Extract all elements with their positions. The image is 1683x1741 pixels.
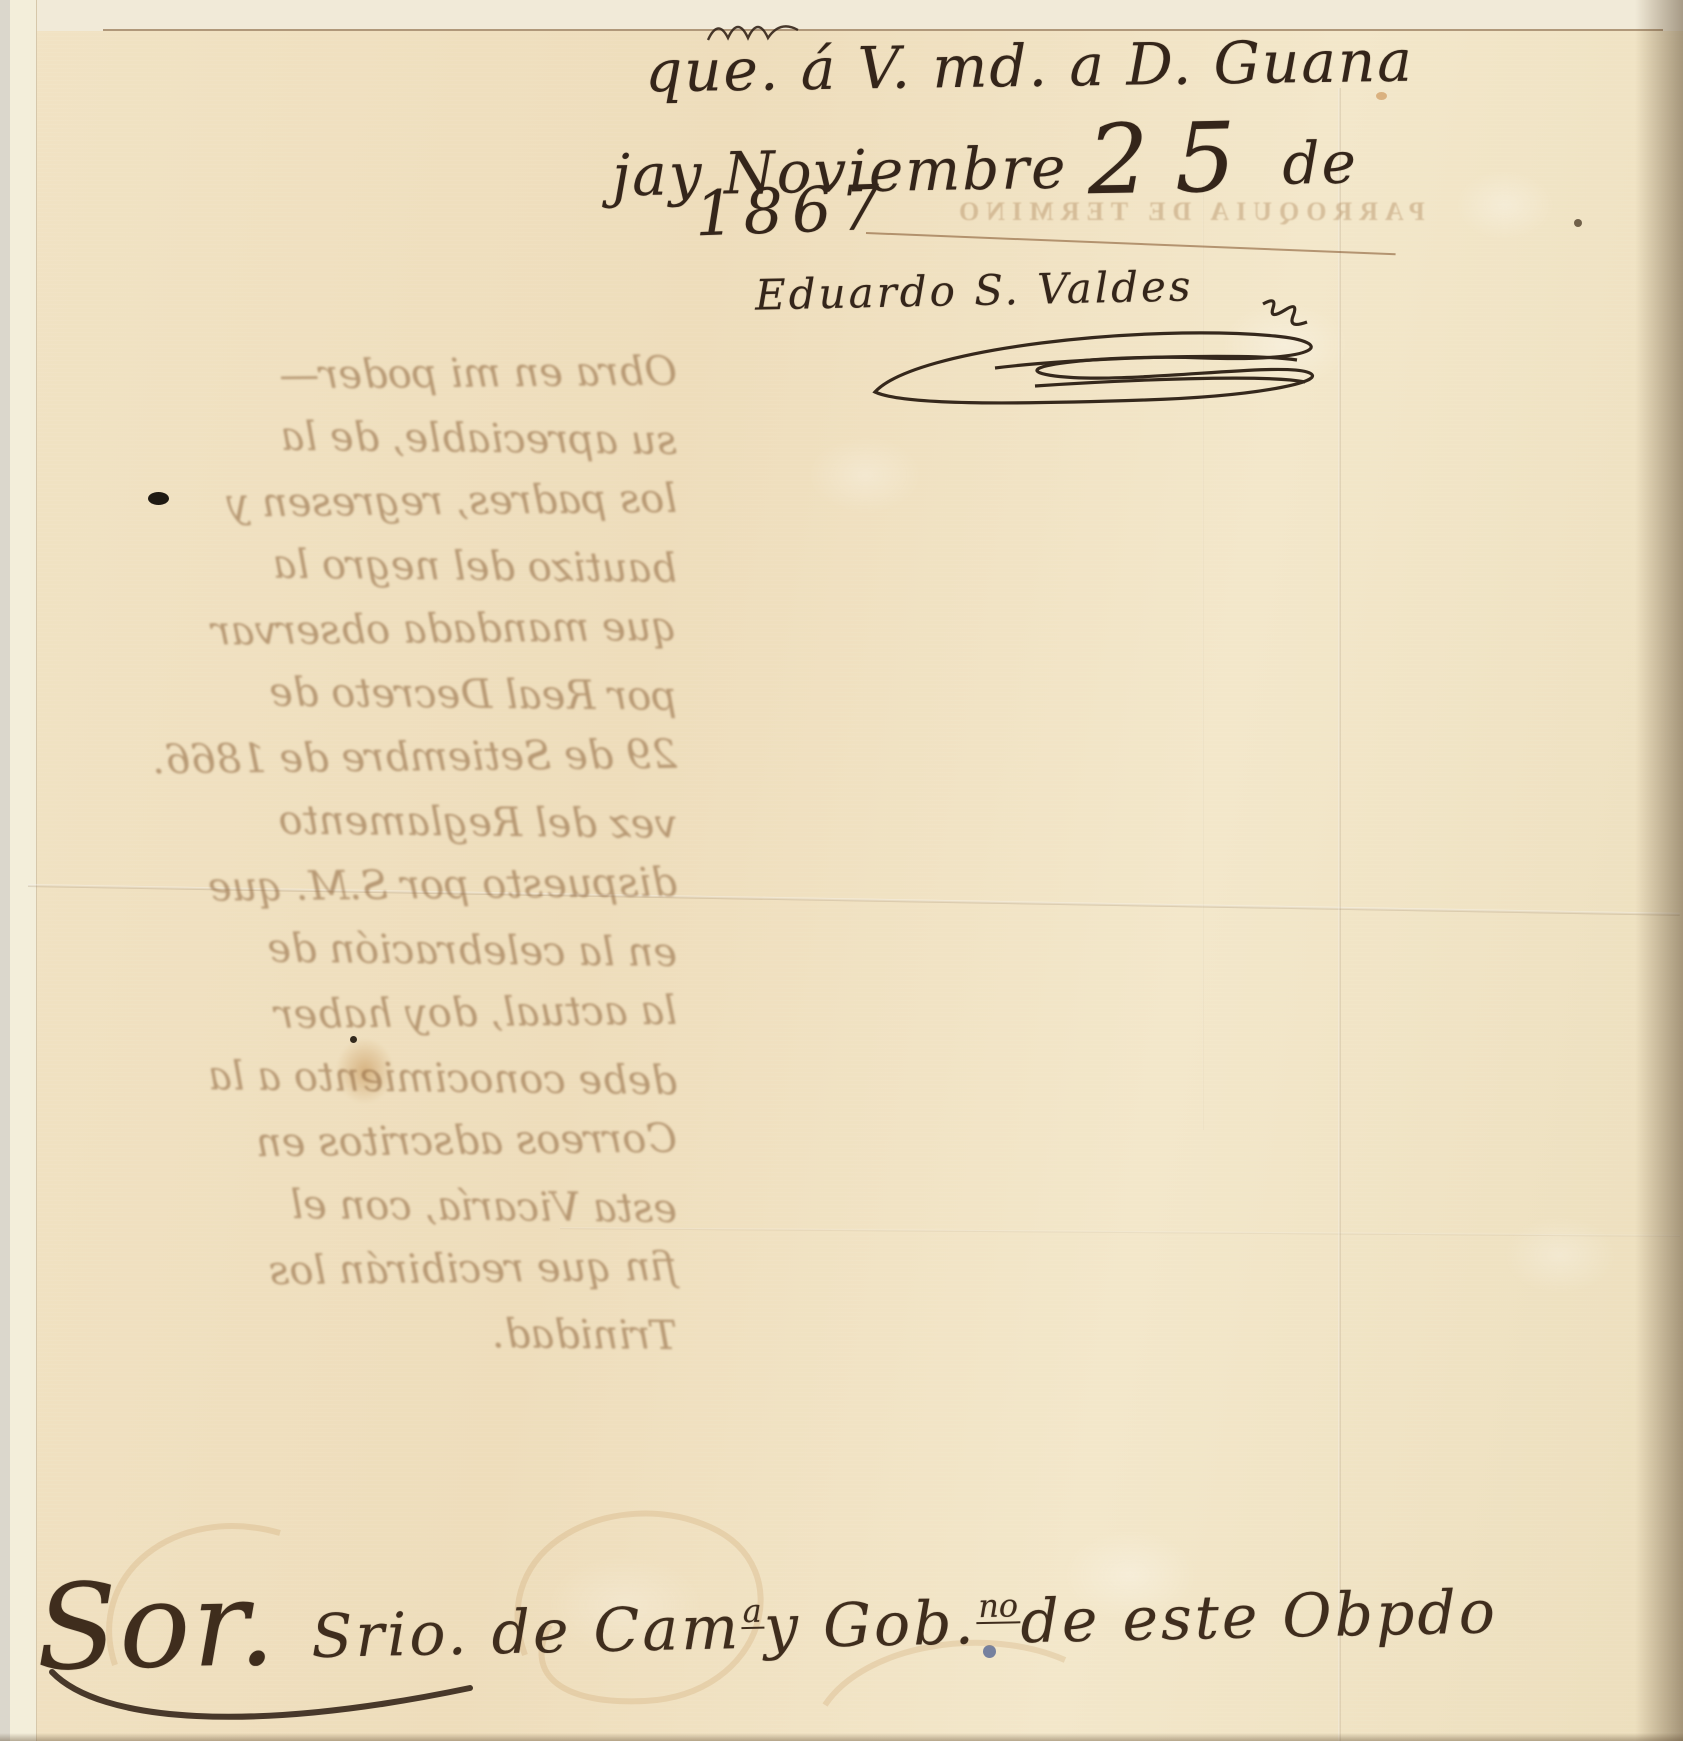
footer-srio: Srio. de Cam: [311, 1593, 742, 1672]
ghost-line: los padres, regresen y: [92, 467, 678, 537]
signature-rubric-flourish: [845, 296, 1345, 414]
ghost-line: 29 de Setiembre de 1866.: [62, 723, 678, 793]
header-line-1: que. á V. md. a D. Guana: [645, 27, 1415, 106]
right-page-shadow-band: [1635, 0, 1683, 1741]
ghost-line: fin que recibirán los: [92, 1235, 678, 1305]
ghost-line: debe conocimiento a la: [62, 1043, 678, 1113]
ghost-line: bautizo del negro la: [117, 531, 678, 601]
underlying-sheet-left-edge: [10, 0, 37, 1741]
ghost-line: que mandada observar: [80, 595, 678, 665]
ghost-line: vez del Reglamento: [152, 787, 678, 856]
footer-gob: y Gob.: [763, 1588, 977, 1662]
ghost-line: por Real Decreto de: [122, 659, 678, 729]
sheet-top-edge-line: [103, 29, 1663, 31]
underlying-sheet-top-edge: [0, 0, 1683, 31]
ghost-line: Trinidad.: [262, 1300, 678, 1368]
scanned-letter-page: que. á V. md. a D. Guana jay Noviembre 2…: [0, 0, 1683, 1741]
footer-superscript-no: no: [976, 1589, 1021, 1624]
ghost-line: dispuesto por S.M. que: [68, 851, 678, 921]
dark-speck: [1574, 219, 1582, 227]
bottom-edge-shade: [0, 1733, 1683, 1741]
header-year: 1867: [694, 171, 890, 251]
ghost-line: esta Vicaría, con el: [84, 1171, 678, 1241]
bleedthrough-text-block: Obra en mi poder—su apreciable, de lalos…: [62, 342, 677, 1366]
footer-address-line: Sor. Srio. de Cam a y Gob. no de este Ob…: [35, 1523, 1458, 1691]
ghost-line: en la celebración de: [102, 915, 678, 985]
scanner-background-sliver: [0, 0, 10, 1741]
ghost-line: Correos adscritos en: [70, 1107, 678, 1177]
ghost-line: Obra en mi poder—: [212, 340, 678, 409]
header-line-2-post: de: [1282, 128, 1359, 197]
horizontal-fold-crease-lower: [560, 1227, 1680, 1237]
letterhead-print-bleedthrough: PARROQUIA DE TERMINO: [952, 197, 1425, 227]
footer-obispado: de este Obpdo: [1020, 1577, 1499, 1657]
footer-sor: Sor.: [35, 1554, 279, 1697]
footer-superscript-a: a: [740, 1595, 764, 1629]
ghost-line: la actual, doy haber: [76, 979, 678, 1049]
ghost-line: su apreciable, de la: [102, 403, 678, 473]
letterhead-rule-line: [866, 232, 1396, 255]
